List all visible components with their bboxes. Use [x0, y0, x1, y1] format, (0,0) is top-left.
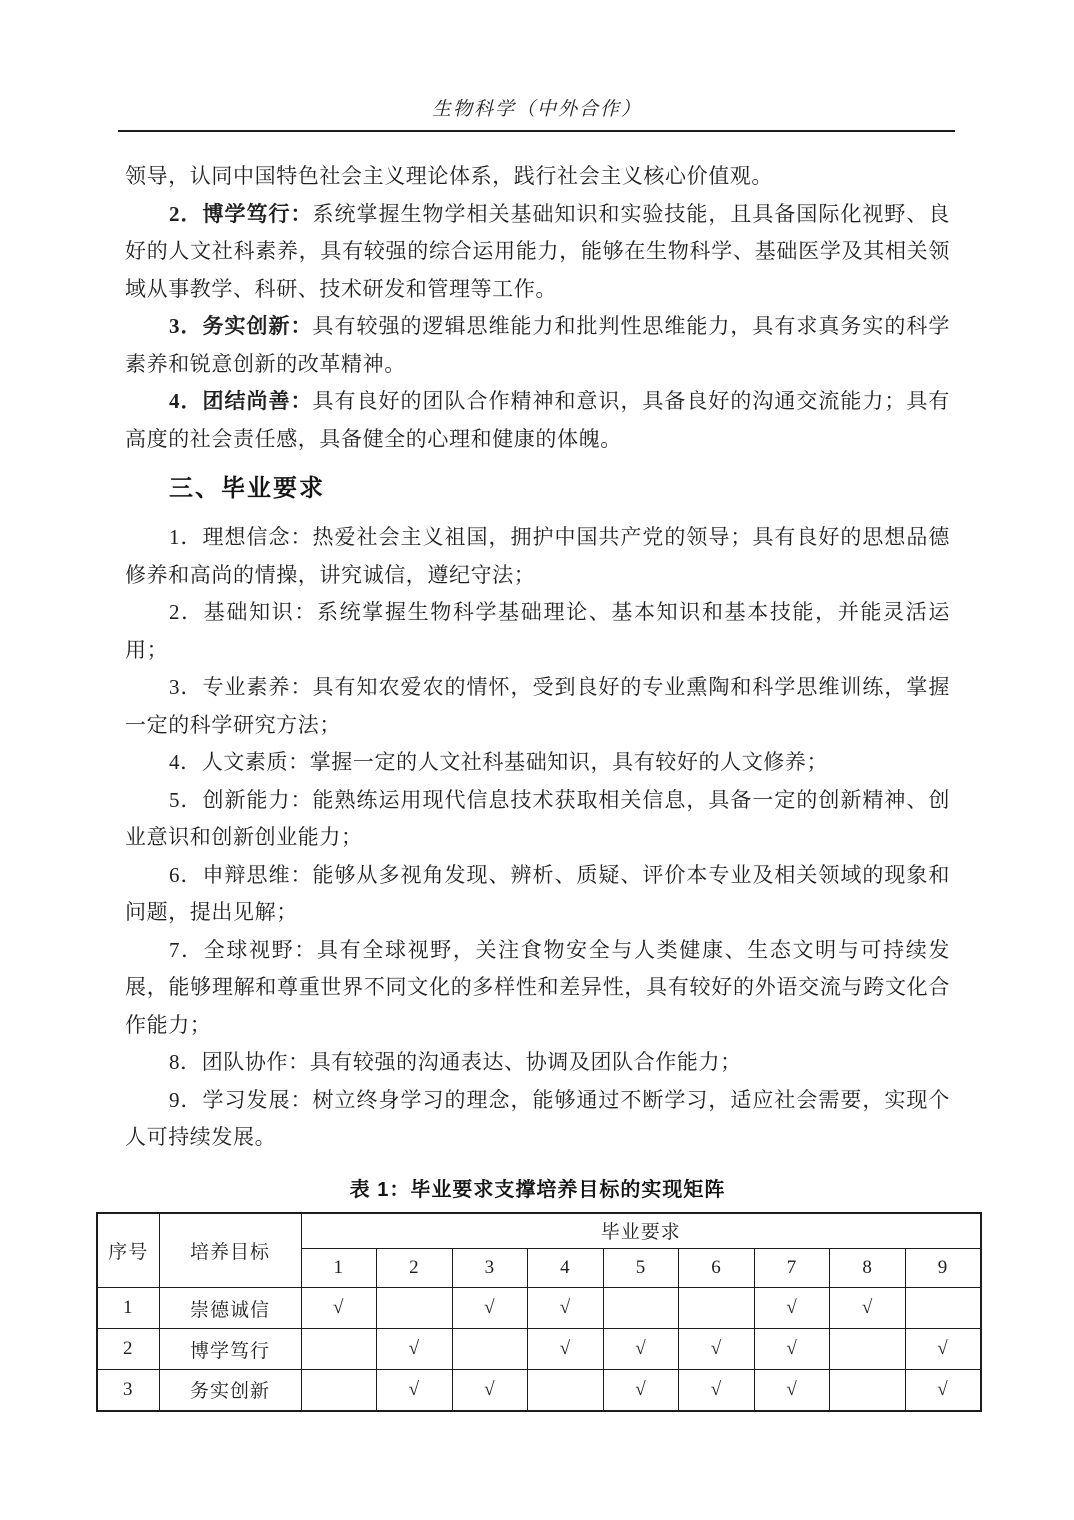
check-mark-cell: √: [754, 1329, 830, 1370]
requirement-item: 5．创新能力：能熟练运用现代信息技术获取相关信息，具备一定的创新精神、创业意识和…: [125, 782, 950, 857]
requirement-item: 2．基础知识：系统掌握生物科学基础理论、基本知识和基本技能，并能灵活运用；: [125, 594, 950, 669]
paragraph-lead: 3．务实创新：: [169, 314, 312, 338]
section-heading: 三、毕业要求: [125, 468, 950, 503]
intro-paragraphs: 领导，认同中国特色社会主义理论体系，践行社会主义核心价值观。2．博学笃行：系统掌…: [125, 158, 950, 458]
empty-cell: [830, 1329, 906, 1370]
empty-cell: [603, 1288, 679, 1329]
matrix-row: 3务实创新√√√√√√: [97, 1370, 981, 1411]
header-rule: [118, 130, 955, 132]
requirement-item: 7．全球视野：具有全球视野，关注食物安全与人类健康、生态文明与可持续发展，能够理…: [125, 932, 950, 1045]
requirement-column-number: 6: [679, 1249, 755, 1288]
matrix-body: 1崇德诚信√√√√√2博学笃行√√√√√√3务实创新√√√√√√: [97, 1288, 981, 1411]
requirement-column-number: 2: [377, 1249, 453, 1288]
check-mark-cell: √: [603, 1329, 679, 1370]
requirement-item: 6．申辩思维：能够从多视角发现、辨析、质疑、评价本专业及相关领域的现象和问题，提…: [125, 857, 950, 932]
matrix-row: 2博学笃行√√√√√√: [97, 1329, 981, 1370]
row-number-cell: 3: [97, 1370, 159, 1411]
empty-cell: [452, 1329, 528, 1370]
requirement-item: 8．团队协作：具有较强的沟通表达、协调及团队合作能力；: [125, 1044, 950, 1082]
intro-paragraph: 2．博学笃行：系统掌握生物学相关基础知识和实验技能，且具备国际化视野、良好的人文…: [125, 196, 950, 309]
goal-name-cell: 博学笃行: [159, 1329, 301, 1370]
page-content: 领导，认同中国特色社会主义理论体系，践行社会主义核心价值观。2．博学笃行：系统掌…: [125, 158, 950, 1202]
empty-cell: [301, 1329, 377, 1370]
check-mark-cell: √: [905, 1329, 981, 1370]
check-mark-cell: √: [603, 1370, 679, 1411]
empty-cell: [679, 1288, 755, 1329]
check-mark-cell: √: [679, 1370, 755, 1411]
check-mark-cell: √: [452, 1370, 528, 1411]
requirement-item: 1．理想信念：热爱社会主义祖国，拥护中国共产党的领导；具有良好的思想品德修养和高…: [125, 519, 950, 594]
requirement-column-number: 5: [603, 1249, 679, 1288]
requirement-column-number: 4: [528, 1249, 604, 1288]
goal-name-cell: 务实创新: [159, 1370, 301, 1411]
intro-paragraph: 4．团结尚善：具有良好的团队合作精神和意识，具备良好的沟通交流能力；具有高度的社…: [125, 383, 950, 458]
check-mark-cell: √: [452, 1288, 528, 1329]
check-mark-cell: √: [905, 1370, 981, 1411]
check-mark-cell: √: [528, 1329, 604, 1370]
column-header-requirements: 毕业要求: [301, 1213, 981, 1249]
intro-paragraph: 领导，认同中国特色社会主义理论体系，践行社会主义核心价值观。: [125, 158, 950, 196]
check-mark-cell: √: [830, 1288, 906, 1329]
paragraph-lead: 4．团结尚善：: [169, 389, 312, 413]
requirement-item: 9．学习发展：树立终身学习的理念，能够通过不断学习，适应社会需要，实现个人可持续…: [125, 1082, 950, 1157]
empty-cell: [528, 1370, 604, 1411]
check-mark-cell: √: [377, 1329, 453, 1370]
requirement-column-number: 7: [754, 1249, 830, 1288]
requirement-item: 3．专业素养：具有知农爱农的情怀，受到良好的专业熏陶和科学思维训练，掌握一定的科…: [125, 669, 950, 744]
empty-cell: [377, 1288, 453, 1329]
requirement-column-number: 8: [830, 1249, 906, 1288]
page-header: 生物科学（中外合作）: [0, 94, 1074, 132]
table-caption: 表 1：毕业要求支撑培养目标的实现矩阵: [125, 1173, 950, 1202]
row-number-cell: 1: [97, 1288, 159, 1329]
goal-name-cell: 崇德诚信: [159, 1288, 301, 1329]
requirement-column-number: 1: [301, 1249, 377, 1288]
check-mark-cell: √: [301, 1288, 377, 1329]
empty-cell: [301, 1370, 377, 1411]
check-mark-cell: √: [754, 1288, 830, 1329]
empty-cell: [830, 1370, 906, 1411]
requirement-column-number: 3: [452, 1249, 528, 1288]
requirements-matrix-table: 序号 培养目标 毕业要求 123456789 1崇德诚信√√√√√2博学笃行√√…: [96, 1212, 982, 1412]
matrix-row: 1崇德诚信√√√√√: [97, 1288, 981, 1329]
check-mark-cell: √: [528, 1288, 604, 1329]
column-header-number: 序号: [97, 1213, 159, 1288]
requirement-column-number: 9: [905, 1249, 981, 1288]
check-mark-cell: √: [754, 1370, 830, 1411]
paragraph-lead: 2．博学笃行：: [169, 202, 312, 226]
header-title: 生物科学（中外合作）: [0, 94, 1074, 121]
document-page: 生物科学（中外合作） 领导，认同中国特色社会主义理论体系，践行社会主义核心价值观…: [0, 0, 1074, 1520]
check-mark-cell: √: [679, 1329, 755, 1370]
intro-paragraph: 3．务实创新：具有较强的逻辑思维能力和批判性思维能力，具有求真务实的科学素养和锐…: [125, 308, 950, 383]
column-header-goal: 培养目标: [159, 1213, 301, 1288]
row-number-cell: 2: [97, 1329, 159, 1370]
empty-cell: [905, 1288, 981, 1329]
requirement-item: 4．人文素质：掌握一定的人文社科基础知识，具有较好的人文修养；: [125, 744, 950, 782]
graduation-requirement-items: 1．理想信念：热爱社会主义祖国，拥护中国共产党的领导；具有良好的思想品德修养和高…: [125, 519, 950, 1157]
check-mark-cell: √: [377, 1370, 453, 1411]
